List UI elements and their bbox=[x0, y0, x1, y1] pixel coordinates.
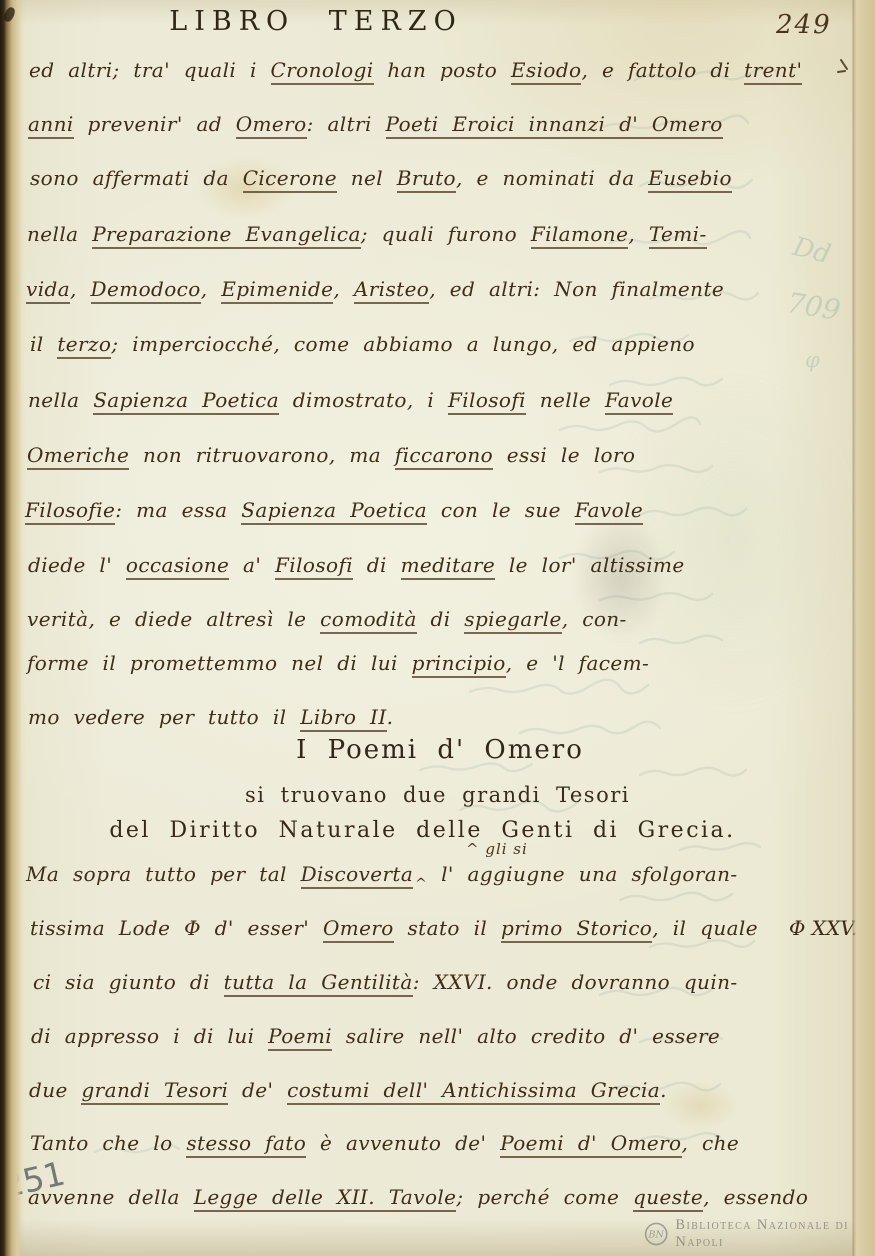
text-segment: Omero bbox=[236, 112, 307, 139]
text-segment: , ed altri: Non finalmente bbox=[429, 277, 724, 301]
book-title: LIBRO TERZO bbox=[0, 6, 632, 37]
text-segment: salire nell' alto credito d' essere bbox=[332, 1024, 720, 1048]
text-segment: comodità bbox=[320, 607, 417, 634]
text-segment: di appresso i di lui bbox=[31, 1024, 268, 1048]
text-segment: Cicerone bbox=[243, 166, 337, 193]
text-segment: il bbox=[30, 332, 57, 356]
text-segment: , con- bbox=[562, 607, 627, 631]
text-segment: , bbox=[70, 277, 91, 301]
text-segment: principio bbox=[412, 651, 506, 678]
text-segment: Omeriche bbox=[27, 443, 129, 470]
text-segment: nella bbox=[28, 388, 93, 412]
manuscript-line: vida, Demodoco, Epimenide, Aristeo, ed a… bbox=[26, 277, 724, 301]
text-segment: Poemi bbox=[268, 1024, 332, 1051]
watermark-monogram-icon: BN bbox=[643, 1219, 669, 1249]
manuscript-line: verità, e diede altresì le comodità di s… bbox=[27, 607, 627, 631]
manuscript-line: ed altri; tra' quali i Cronologi han pos… bbox=[29, 58, 802, 82]
text-segment: essi le loro bbox=[493, 443, 635, 467]
manuscript-line: Filosofie: ma essa Sapienza Poetica con … bbox=[25, 498, 643, 522]
margin-reference: Φ XXV. bbox=[789, 916, 858, 940]
text-segment: ^ bbox=[415, 876, 427, 892]
text-segment: , essendo bbox=[703, 1185, 808, 1209]
text-segment: , bbox=[201, 277, 222, 301]
text-segment: , bbox=[628, 222, 649, 246]
text-segment: Omero bbox=[323, 916, 394, 943]
text-segment: ; quali furono bbox=[361, 222, 531, 246]
text-segment: Tanto che lo bbox=[30, 1131, 186, 1155]
text-segment: occasione bbox=[126, 553, 229, 580]
text-segment: stesso fato bbox=[186, 1131, 306, 1158]
text-segment: Discoverta bbox=[301, 862, 414, 889]
text-segment: l' aggiugne una sfolgoran- bbox=[427, 862, 737, 886]
text-segment: nelle bbox=[526, 388, 605, 412]
text-segment: Filosofi bbox=[448, 388, 526, 415]
text-segment: vida bbox=[26, 277, 70, 304]
text-segment: spiegarle bbox=[464, 607, 561, 634]
text-segment: dimostrato, i bbox=[279, 388, 448, 412]
text-segment: meditare bbox=[401, 553, 496, 580]
text-segment: due bbox=[29, 1078, 81, 1102]
text-segment: con le sue bbox=[427, 498, 575, 522]
manuscript-line: forme il promettemmo nel di lui principi… bbox=[27, 651, 649, 675]
text-segment: è avvenuto de' bbox=[306, 1131, 500, 1155]
text-segment: forme il promettemmo nel di lui bbox=[27, 651, 412, 675]
text-segment: Favole bbox=[575, 498, 643, 525]
text-segment: Filosofie bbox=[25, 498, 115, 525]
manuscript-line: Omeriche non ritruovarono, ma ficcarono … bbox=[27, 443, 635, 467]
text-segment: di bbox=[353, 553, 401, 577]
text-segment: grandi Tesori bbox=[81, 1078, 228, 1105]
manuscript-line: due grandi Tesori de' costumi dell' Anti… bbox=[29, 1078, 667, 1102]
text-segment: : XXVI. onde dovranno quin- bbox=[413, 970, 738, 994]
section-subheading-1: si truovano due grandi Tesori bbox=[0, 783, 875, 807]
manuscript-line: mo vedere per tutto il Libro II. bbox=[28, 705, 393, 729]
interlinear-insertion: ^ gli si bbox=[466, 840, 528, 858]
text-segment: tissima Lode Φ d' esser' bbox=[30, 916, 323, 940]
text-segment: terzo bbox=[57, 332, 111, 359]
text-segment: sono affermati da bbox=[30, 166, 243, 190]
text-segment: Demodoco bbox=[91, 277, 201, 304]
text-segment: , e nominati da bbox=[456, 166, 648, 190]
manuscript-line: Ma sopra tutto per tal Discoverta^ l' ag… bbox=[26, 862, 738, 886]
text-segment: , il quale bbox=[652, 916, 758, 940]
manuscript-line: ci sia giunto di tutta la Gentilità: XXV… bbox=[33, 970, 738, 994]
text-segment: anni bbox=[28, 112, 74, 139]
text-segment: , bbox=[333, 277, 354, 301]
text-segment: Poemi d' Omero bbox=[500, 1131, 681, 1158]
text-segment: ; perché come bbox=[456, 1185, 633, 1209]
text-segment: a' bbox=[229, 553, 275, 577]
page-edge-left-binding bbox=[0, 0, 22, 1256]
text-segment: Libro II bbox=[300, 705, 386, 732]
text-segment: Esiodo bbox=[511, 58, 582, 85]
manuscript-page: LIBRO TERZO 249 ed altri; tra' quali i C… bbox=[0, 0, 875, 1256]
text-segment: di bbox=[417, 607, 465, 631]
text-segment: nella bbox=[27, 222, 92, 246]
margin-mark: φ bbox=[805, 348, 820, 372]
watermark-monogram: BN bbox=[647, 1230, 664, 1241]
folio-page-number: 249 bbox=[776, 10, 832, 40]
text-segment: trent' bbox=[744, 58, 802, 85]
text-segment: han posto bbox=[374, 58, 511, 82]
manuscript-line: di appresso i di lui Poemi salire nell' … bbox=[31, 1024, 720, 1048]
text-segment: , e fattolo di bbox=[581, 58, 744, 82]
text-segment: mo vedere per tutto il bbox=[28, 705, 300, 729]
page-edge-right bbox=[852, 0, 875, 1256]
text-segment: . bbox=[387, 705, 394, 729]
text-segment: ; imperciocché, come abbiamo a lungo, ed… bbox=[111, 332, 695, 356]
text-segment: verità, e diede altresì le bbox=[27, 607, 320, 631]
text-segment: ci sia giunto di bbox=[33, 970, 224, 994]
text-segment: non ritruovarono, ma bbox=[129, 443, 395, 467]
text-segment: : ma essa bbox=[115, 498, 241, 522]
manuscript-line: sono affermati da Cicerone nel Bruto, e … bbox=[30, 166, 732, 190]
section-subheading-2: del Diritto Naturale delle Genti di Grec… bbox=[0, 818, 845, 843]
text-segment: Filamone bbox=[531, 222, 629, 249]
text-segment: Temi- bbox=[649, 222, 707, 249]
manuscript-line: nella Sapienza Poetica dimostrato, i Fil… bbox=[28, 388, 673, 412]
text-segment: prevenir' ad bbox=[74, 112, 236, 136]
text-segment: Ma sopra tutto per tal bbox=[26, 862, 301, 886]
text-segment: Favole bbox=[605, 388, 673, 415]
text-segment: , che bbox=[682, 1131, 740, 1155]
text-segment: Sapienza Poetica bbox=[93, 388, 279, 415]
manuscript-line: nella Preparazione Evangelica; quali fur… bbox=[27, 222, 707, 246]
text-segment: Sapienza Poetica bbox=[241, 498, 427, 525]
text-segment: Legge delle XII. Tavole bbox=[194, 1185, 457, 1212]
text-segment: Poeti Eroici innanzi d' Omero bbox=[386, 112, 723, 139]
text-segment: primo Storico bbox=[501, 916, 652, 943]
manuscript-line: anni prevenir' ad Omero: altri Poeti Ero… bbox=[28, 112, 723, 136]
text-segment: nel bbox=[337, 166, 397, 190]
text-segment: costumi dell' Antichissima Grecia bbox=[287, 1078, 660, 1105]
text-segment: Filosofi bbox=[275, 553, 353, 580]
manuscript-line: avvenne della Legge delle XII. Tavole; p… bbox=[28, 1185, 808, 1209]
text-segment: ficcarono bbox=[395, 443, 493, 470]
text-segment: diede l' bbox=[28, 553, 126, 577]
text-segment: queste bbox=[633, 1185, 703, 1212]
text-segment: Epimenide bbox=[221, 277, 333, 304]
text-segment: . bbox=[660, 1078, 667, 1102]
manuscript-line: Tanto che lo stesso fato è avvenuto de' … bbox=[30, 1131, 739, 1155]
library-watermark: BN Biblioteca Nazionale di Napoli bbox=[643, 1217, 875, 1251]
manuscript-line: diede l' occasione a' Filosofi di medita… bbox=[28, 553, 685, 577]
text-segment: ed altri; tra' quali i bbox=[29, 58, 271, 82]
text-segment: le lor' altissime bbox=[495, 553, 684, 577]
text-segment: stato il bbox=[394, 916, 501, 940]
text-segment: Bruto bbox=[397, 166, 456, 193]
text-segment: tutta la Gentilità bbox=[224, 970, 413, 997]
text-segment: Aristeo bbox=[354, 277, 429, 304]
text-segment: Eusebio bbox=[648, 166, 732, 193]
manuscript-line: il terzo; imperciocché, come abbiamo a l… bbox=[30, 332, 695, 356]
watermark-label: Biblioteca Nazionale di Napoli bbox=[675, 1217, 875, 1251]
text-segment: : altri bbox=[307, 112, 386, 136]
manuscript-line: tissima Lode Φ d' esser' Omero stato il … bbox=[30, 916, 758, 940]
text-segment: Preparazione Evangelica bbox=[92, 222, 361, 249]
text-segment: de' bbox=[228, 1078, 287, 1102]
section-heading: I Poemi d' Omero bbox=[40, 735, 840, 765]
text-segment: Cronologi bbox=[271, 58, 374, 85]
text-segment: , e 'l facem- bbox=[506, 651, 649, 675]
